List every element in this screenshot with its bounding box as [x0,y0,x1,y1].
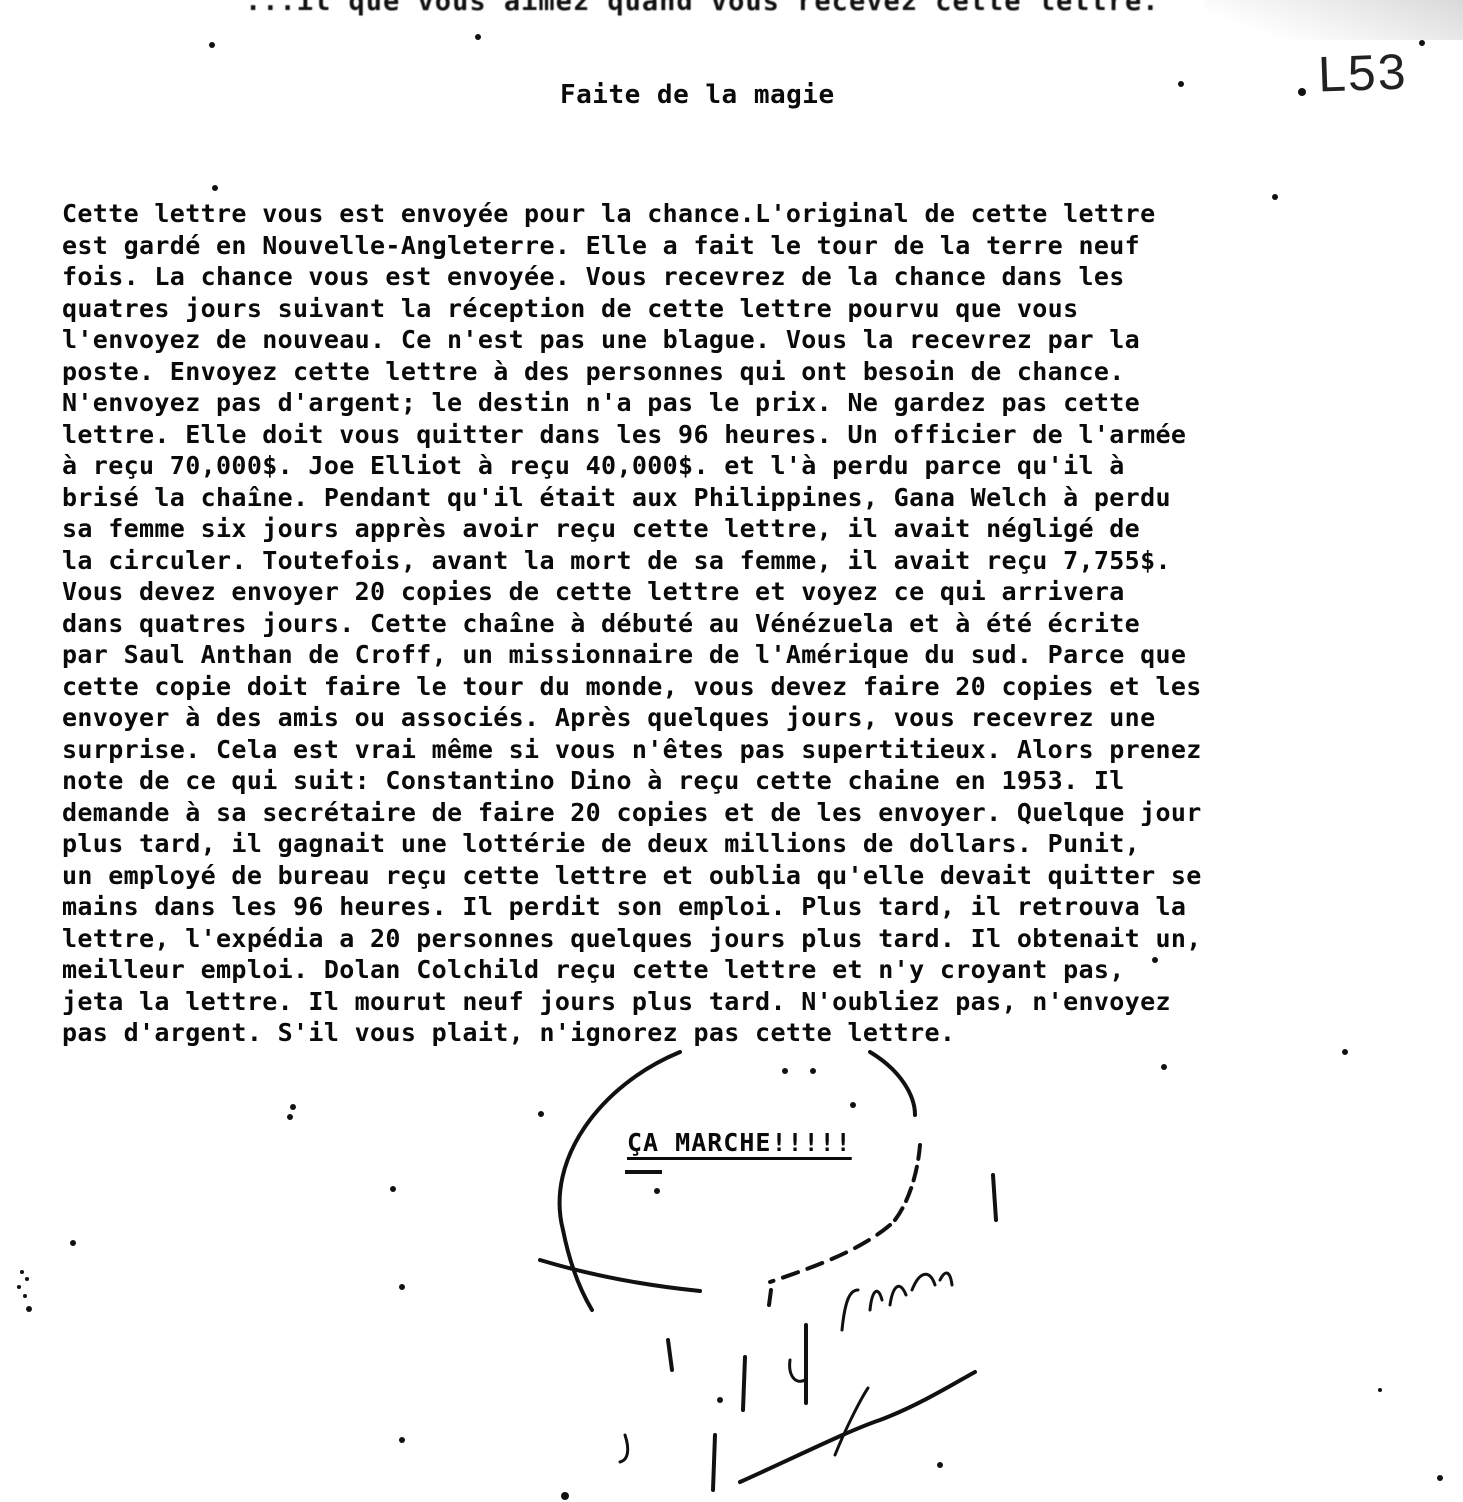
body-line: quatres jours suivant la réception de ce… [62,293,1462,325]
signature [842,1273,952,1330]
handwritten-page-number: L53 [1317,42,1408,103]
stamp-underline-dash [625,1170,662,1174]
body-line: est gardé en Nouvelle-Angleterre. Elle a… [62,230,1462,262]
body-line: dans quatres jours. Cette chaîne à début… [62,608,1462,640]
body-line: note de ce qui suit: Constantino Dino à … [62,765,1462,797]
body-line: brisé la chaîne. Pendant qu'il était aux… [62,482,1462,514]
body-line: un employé de bureau reçu cette lettre e… [62,860,1462,892]
body-line: meilleur emploi. Dolan Colchild reçu cet… [62,954,1462,986]
body-line: surprise. Cela est vrai même si vous n'ê… [62,734,1462,766]
body-line: cette copie doit faire le tour du monde,… [62,671,1462,703]
letter-title: Faite de la magie [560,80,835,110]
body-line: N'envoyez pas d'argent; le destin n'a pa… [62,387,1462,419]
body-line: la circuler. Toutefois, avant la mort de… [62,545,1462,577]
body-line: sa femme six jours apprès avoir reçu cet… [62,513,1462,545]
body-line: Cette lettre vous est envoyée pour la ch… [62,198,1462,230]
top-cutoff-line: ...il que vous aimez quand vous recevez … [245,0,1160,17]
body-line: plus tard, il gagnait une lottérie de de… [62,828,1462,860]
scanned-letter-page: ...il que vous aimez quand vous recevez … [0,0,1463,1502]
closing-stamp: ÇA MARCHE!!!!! [627,1128,852,1157]
body-line: envoyer à des amis ou associés. Après qu… [62,702,1462,734]
body-line: Vous devez envoyer 20 copies de cette le… [62,576,1462,608]
body-line: poste. Envoyez cette lettre à des person… [62,356,1462,388]
hand-drawn-circle [560,1052,680,1310]
body-line: fois. La chance vous est envoyée. Vous r… [62,261,1462,293]
body-line: lettre. Elle doit vous quitter dans les … [62,419,1462,451]
body-line: jeta la lettre. Il mourut neuf jours plu… [62,986,1462,1018]
body-line: pas d'argent. S'il vous plait, n'ignorez… [62,1017,1462,1049]
body-line: lettre, l'expédia a 20 personnes quelque… [62,923,1462,955]
letter-body: Cette lettre vous est envoyée pour la ch… [62,198,1462,1049]
body-line: par Saul Anthan de Croff, un missionnair… [62,639,1462,671]
scan-shadow [1203,0,1463,40]
body-line: l'envoyez de nouveau. Ce n'est pas une b… [62,324,1462,356]
body-line: mains dans les 96 heures. Il perdit son … [62,891,1462,923]
body-line: à reçu 70,000$. Joe Elliot à reçu 40,000… [62,450,1462,482]
body-line: demande à sa secrétaire de faire 20 copi… [62,797,1462,829]
